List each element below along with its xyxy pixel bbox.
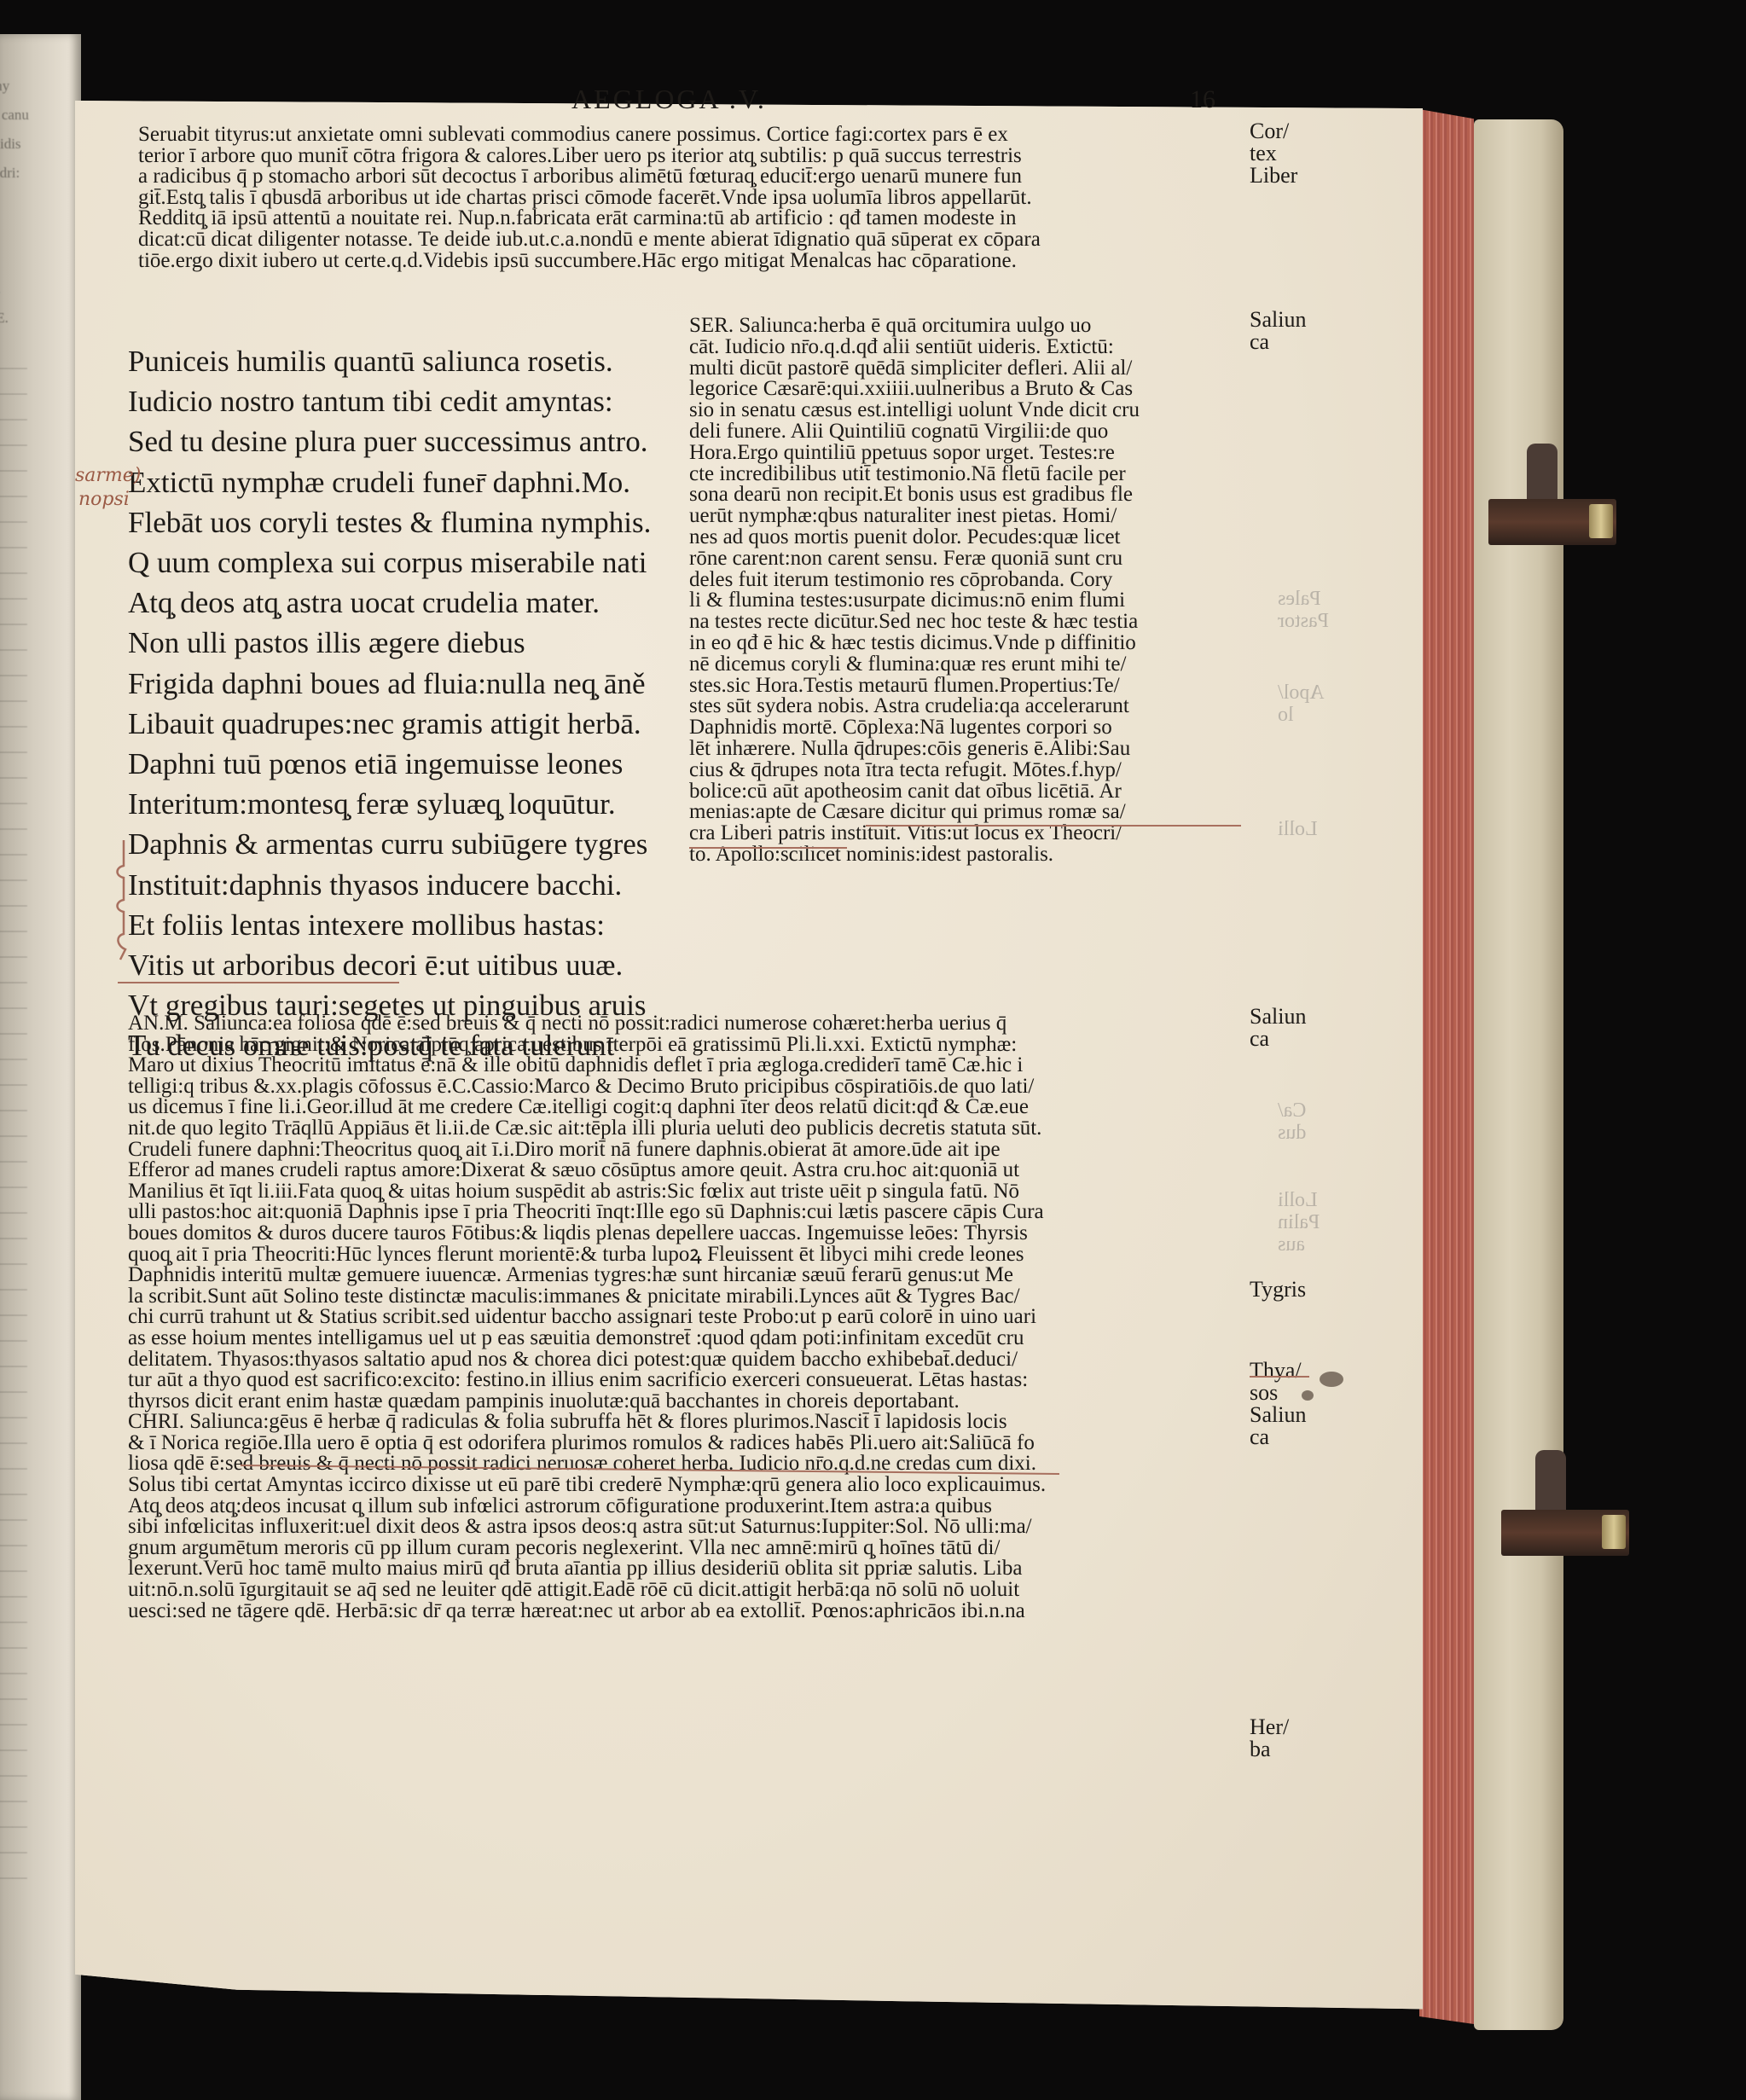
facing-page-blur-line: — —— ——	[0, 1817, 77, 1836]
facing-page-blur-line: — —— ——	[0, 1356, 77, 1375]
clasp-lower	[1501, 1510, 1629, 1556]
facing-page-blur-line: — —— ——	[0, 1100, 77, 1119]
text-line: sibi infœlicitas influxerit:uel dixit de…	[128, 1517, 1046, 1538]
text-line: Interitum:montesq̧ feræ syluæq̧ loquūtur…	[128, 784, 651, 824]
text-line: terior ī arbore quo munit̄ cōtra frigora…	[138, 146, 1247, 167]
red-underline-verse	[118, 982, 399, 983]
facing-page-text-fragment: hædos.	[0, 193, 77, 212]
margin-note: ca	[1250, 1427, 1269, 1447]
verse-text-block: Puniceis humilis quantū saliunca rosetis…	[128, 341, 651, 1066]
facing-page-blur-line: — —— ——	[0, 1152, 77, 1170]
running-title: AEGLOGA .V.	[571, 84, 767, 115]
text-line: Seruabit tityrus:ut anxietate omni suble…	[138, 125, 1247, 146]
facing-page-blur-line: — —— ——	[0, 1535, 77, 1554]
text-line: Flebāt uos coryli testes & flumina nymph…	[128, 502, 651, 542]
facing-page-blur-line: — —— ——	[0, 1331, 77, 1349]
facing-page-blur-line: — —— ——	[0, 716, 77, 735]
text-line: sio in senatu cæsus est.intelligi uolunt…	[689, 400, 1140, 421]
facing-page-text-fragment: olim: ME.	[0, 309, 77, 328]
manuscript-annotation: nopsi	[78, 489, 130, 510]
show-through-margin-note: Lolli	[1278, 1190, 1318, 1210]
text-line: Puniceis humilis quantū saliunca rosetis…	[128, 341, 651, 381]
show-through-margin-note: Apol/	[1278, 682, 1325, 703]
facing-page-blur-line: — —— ——	[0, 921, 77, 940]
margin-note: Saliun	[1250, 1006, 1306, 1027]
manuscript-annotation: sarme)	[75, 465, 141, 486]
facing-page-blur-line: — —— ——	[0, 1740, 77, 1759]
show-through-margin-note: Pastor	[1278, 611, 1329, 631]
text-line: Et foliis lentas intexere mollibus hasta…	[128, 905, 651, 945]
text-line: gnum argumētum meroris cū pp illum curam…	[128, 1538, 1046, 1559]
facing-page-blur-line: — —— ——	[0, 1407, 77, 1426]
red-bracket-mark	[113, 840, 131, 968]
text-line: a radicibus q̄ p stomacho arbori sūt dec…	[138, 166, 1247, 188]
margin-note: Cor/	[1250, 121, 1289, 142]
margin-note: Liber	[1250, 165, 1297, 186]
text-line: rōne carent:non carent sensu. Feræ quoni…	[689, 548, 1140, 570]
text-line: Q uum complexa sui corpus miserabile nat…	[128, 542, 651, 583]
text-line: Atq̧ deos atq̧:deos incusat q̧ illum sub…	[128, 1496, 1046, 1517]
facing-page-blur-line: — —— ——	[0, 1689, 77, 1708]
text-line: Iudicio nostro tantum tibi cedit amyntas…	[128, 381, 651, 421]
text-line: cte incredibilibus utit̄ testimonio.Nā f…	[689, 464, 1140, 485]
text-line: git̄.Estq̧ talis ī qbusdā arboribus ut i…	[138, 188, 1247, 209]
facing-page-blur-line: — —— ——	[0, 1228, 77, 1247]
facing-page-blur-line: — —— ——	[0, 1766, 77, 1784]
facing-page-blur-line: — —— ——	[0, 819, 77, 838]
text-line: Atq̧ deos atq̧ astra uocat crudelia mate…	[128, 583, 651, 623]
text-line: nit.de quo legito Trāqllū Appiāus ēt li.…	[128, 1118, 1046, 1140]
facing-page-blur-line: — —— ——	[0, 409, 77, 428]
full-width-commentary-block: AN.M. Saliunca:ea foliosa qdē ē:sed breu…	[128, 1013, 1046, 1621]
vellum-binding	[1474, 119, 1563, 2030]
text-line: deles fuit iterum testimonio res cōproba…	[689, 570, 1140, 591]
show-through-margin-note: Ca/	[1278, 1100, 1306, 1121]
text-line: uerūt nymphæ:qbus naturaliter inest piet…	[689, 506, 1140, 527]
show-through-margin-note: Palin	[1278, 1212, 1320, 1233]
ink-stain	[1320, 1372, 1343, 1387]
text-line: multi dicūt pastorē quēdā simpliciter de…	[689, 358, 1140, 380]
text-line: thyrsos dicit erant enim hastæ quædam pa…	[128, 1391, 1046, 1413]
facing-page-blur-line: — —— ——	[0, 998, 77, 1017]
facing-page-text-fragment: certat amy	[0, 77, 77, 96]
facing-page-text-fragment: notaui	[0, 251, 77, 270]
facing-left-page: certat amysuperare canuaut phyllidisiurg…	[0, 34, 81, 2100]
red-underline-daphnidis	[689, 847, 847, 849]
text-line: flos.Pānonia hāc gignit:& Norica:alpiūq̧…	[128, 1035, 1046, 1056]
facing-page-blur-line: — —— ——	[0, 512, 77, 531]
commentary-intro-block: Seruabit tityrus:ut anxietate omni suble…	[138, 125, 1247, 271]
text-line: Hora.Ergo quintiliū ppetuus sopor urget.…	[689, 443, 1140, 464]
text-line: li & flumina testes:usurpate dicimus:nō …	[689, 590, 1140, 612]
text-line: nes ad quos mortis puenit dolor. Pecudes…	[689, 527, 1140, 548]
text-line: Daphnis & armentas curru subiūgere tygre…	[128, 824, 651, 864]
facing-page-blur-line: — —— ——	[0, 1791, 77, 1810]
facing-page-blur-line: — —— ——	[0, 691, 77, 710]
text-line: delitatem. Thyasos:thyasos saltatio apud…	[128, 1349, 1046, 1371]
facing-page-blur-line: — —— ——	[0, 972, 77, 991]
text-line: Maro ut dixius Theocritū imitatus ē:nā &…	[128, 1055, 1046, 1076]
text-line: legorice Cæsarē:qui.xxiiii.uulneribus a …	[689, 379, 1140, 400]
facing-page-blur-line: — —— ——	[0, 614, 77, 633]
facing-page-blur-line: — —— ——	[0, 768, 77, 786]
facing-page-blur-line: — —— ——	[0, 461, 77, 479]
text-line: uit:nō.n.solū īgurgitauit se aq̄ sed ne …	[128, 1580, 1046, 1601]
facing-page-blur-line: — —— ——	[0, 665, 77, 684]
text-line: telligi:q tribus &.xx.plagis cōfossus ē.…	[128, 1076, 1046, 1098]
show-through-margin-note: aus	[1278, 1234, 1305, 1255]
text-line: Vitis ut arboribus decori ē:ut uitibus u…	[128, 945, 651, 985]
facing-page-blur-line: — —— ——	[0, 793, 77, 812]
text-line: chi currū trahunt ut & Statius scribit.s…	[128, 1307, 1046, 1328]
show-through-margin-note: Lolli	[1278, 819, 1318, 839]
show-through-margin-note: Pales	[1278, 589, 1321, 609]
text-line: bolice:cū aūt apotheosim canit dat oībus…	[689, 781, 1140, 803]
clasp-lower-metal-tip	[1602, 1515, 1626, 1549]
folio-number: 16	[1190, 85, 1215, 114]
facing-page-text-fragment: aut phyllidis	[0, 135, 77, 154]
facing-page-blur-line: — —— ——	[0, 1126, 77, 1145]
margin-note: sos	[1250, 1383, 1278, 1403]
text-line: Redditq̧ iā ipsū attentū a nouitate rei.…	[138, 208, 1247, 229]
facing-page-blur-line: — —— ——	[0, 1714, 77, 1733]
text-line: uesci:sed ne tāgere qdē. Herbā:sic dr̄ q…	[128, 1601, 1046, 1622]
red-fore-edge	[1419, 109, 1474, 2024]
facing-page-blur-line: — —— ——	[0, 844, 77, 863]
red-underline-astra	[866, 825, 1241, 827]
facing-page-text-fragment: superare canu	[0, 106, 77, 125]
facing-page-blur-line: — —— ——	[0, 640, 77, 658]
text-line: sona dearū non recipit.Et bonis usus est…	[689, 484, 1140, 506]
clasp-upper-metal-tip	[1589, 504, 1613, 538]
facing-page-blur-line: — —— ——	[0, 1177, 77, 1196]
text-line: Non ulli pastos illis ægere diebus	[128, 623, 651, 663]
facing-page-blur-line: — —— ——	[0, 358, 77, 377]
text-line: tur aūt a thyo quod est sacrifico:excito…	[128, 1370, 1046, 1391]
text-line: AN.M. Saliunca:ea foliosa qdē ē:sed breu…	[128, 1013, 1046, 1035]
text-line: Daphnidis interitū multæ gemuere iuuencæ…	[128, 1265, 1046, 1286]
facing-page-blur-line: — —— ——	[0, 1459, 77, 1477]
facing-page-blur-line: — —— ——	[0, 1868, 77, 1887]
text-line: boues domitos & duros ducere tauros Fōti…	[128, 1223, 1046, 1244]
facing-page-blur-line: — —— ——	[0, 870, 77, 889]
text-line: menias:apte de Cæsare dicitur qui primus…	[689, 802, 1140, 823]
margin-note: Her/	[1250, 1717, 1289, 1737]
margin-note: ca	[1250, 332, 1269, 352]
text-line: Efferor ad manes crudeli raptus amore:Di…	[128, 1160, 1046, 1181]
facing-page-blur-line: — —— ——	[0, 1484, 77, 1503]
red-underline-margin	[1250, 1376, 1309, 1378]
facing-page-blur-line: — —— ——	[0, 1842, 77, 1861]
facing-page-blur-line: — —— ——	[0, 947, 77, 966]
facing-page-blur-line: — —— ——	[0, 1279, 77, 1298]
clasp-upper	[1488, 499, 1616, 545]
facing-page-blur-line: — —— ——	[0, 1561, 77, 1580]
text-line: quoq̧ ait ī pria Theocriti:Hūc lynces fl…	[128, 1244, 1046, 1266]
facing-page-blur-line: — —— ——	[0, 1254, 77, 1273]
text-line: Crudeli funere daphni:Theocritus quoq̧ a…	[128, 1140, 1046, 1161]
text-line: & ī Norica regiōe.Illa uero ē optia q̄ e…	[128, 1433, 1046, 1454]
text-line: la scribit.Sunt aūt Solino teste distinc…	[128, 1286, 1046, 1308]
servius-commentary-column: SER. Saliunca:herba ē quā orcitumira uul…	[689, 316, 1140, 866]
facing-page-blur-line: — —— ——	[0, 1203, 77, 1221]
text-line: Manilius ēt īqt li.iii.Fata quoq̧ & uita…	[128, 1181, 1046, 1203]
facing-page-text-fragment: amyntas.	[0, 280, 77, 299]
text-line: lēt inhærere. Nulla q̄drupes:cōis generi…	[689, 739, 1140, 760]
text-line: Extictū nymphæ crudeli funer̄ daphni.Mo.	[128, 462, 651, 502]
text-line: stes.sic Hora.Testis metaurū flumen.Prop…	[689, 676, 1140, 697]
text-line: lexerunt.Verū hoc tamē multo maius mirū …	[128, 1558, 1046, 1580]
show-through-margin-note: dus	[1278, 1123, 1306, 1143]
facing-page-blur-line: — —— ——	[0, 384, 77, 403]
text-line: dicat:cū dicat diligenter notasse. Te de…	[138, 229, 1247, 251]
text-line: ulli pastos:hoc ait:quoniā Daphnis ipse …	[128, 1202, 1046, 1223]
text-line: Sed tu desine plura puer successimus ant…	[128, 421, 651, 461]
facing-page-blur-line: — —— ——	[0, 742, 77, 761]
facing-page-text-fragment: fagi M.	[0, 222, 77, 241]
facing-page-blur-line: — —— ——	[0, 1305, 77, 1324]
facing-page-blur-line: — —— ——	[0, 1587, 77, 1605]
facing-page-blur-line: — —— ——	[0, 1075, 77, 1094]
facing-page-blur-line: — —— ——	[0, 1638, 77, 1656]
margin-note: ba	[1250, 1739, 1271, 1760]
text-line: us dicemus ī fine li.i.Geor.illud āt me …	[128, 1097, 1046, 1118]
text-line: cāt. Iudicio nr̄o.q.d.qđ alii sentiūt ui…	[689, 337, 1140, 358]
text-line: nē dicemus coryli & flumina:quæ res erun…	[689, 654, 1140, 676]
text-line: as esse hoium mentes intelligamus uel ut…	[128, 1328, 1046, 1349]
facing-page-blur-line: — —— ——	[0, 1024, 77, 1042]
text-line: Solus tibi certat Amyntas iccirco dixiss…	[128, 1475, 1046, 1496]
margin-note: Tygris	[1250, 1279, 1306, 1300]
facing-page-blur-line: — —— ——	[0, 1049, 77, 1068]
text-line: tiōe.ergo dixit iubero ut certe.q.d.Vide…	[138, 251, 1247, 272]
margin-note: Thya/	[1250, 1360, 1302, 1381]
facing-page-blur-line: — —— ——	[0, 1510, 77, 1529]
text-line: deli funere. Alii Quintiliū cognatū Virg…	[689, 421, 1140, 443]
margin-note: tex	[1250, 143, 1277, 164]
facing-page-blur-line: — —— ——	[0, 486, 77, 505]
show-through-margin-note: lo	[1278, 705, 1294, 725]
margin-note: ca	[1250, 1029, 1269, 1049]
margin-note: Saliun	[1250, 1405, 1306, 1425]
facing-page-blur-line: — —— ——	[0, 896, 77, 914]
facing-page-blur-line: — —— ——	[0, 563, 77, 582]
text-line: Instituit:daphnis thyasos inducere bacch…	[128, 865, 651, 905]
text-line: in eo qđ ē hic & hæc testis dicimus.Vnde…	[689, 633, 1140, 654]
margin-note: Saliun	[1250, 310, 1306, 330]
text-line: Daphnidis mortē. Cōplexa:Nā lugentes cor…	[689, 717, 1140, 739]
facing-page-blur-line: — —— ——	[0, 1612, 77, 1631]
facing-page-blur-line: — —— ——	[0, 1382, 77, 1401]
facing-page-text-fragment: iurgia codri:	[0, 164, 77, 183]
text-line: stes sūt sydera nobis. Astra crudelia:qa…	[689, 696, 1140, 717]
facing-page-blur-line: — —— ——	[0, 537, 77, 556]
text-line: CHRI. Saliunca:gēus ē herbæ q̄ radiculas…	[128, 1412, 1046, 1433]
text-line: Frigida daphni boues ad fluia:nulla neq̧…	[128, 664, 651, 704]
facing-page-blur-line: — —— ——	[0, 589, 77, 607]
ink-stain	[1302, 1390, 1314, 1401]
facing-page-blur-line: — —— ——	[0, 1433, 77, 1452]
text-line: na testes recte dicūtur.Sed nec hoc test…	[689, 612, 1140, 633]
facing-page-blur-line: — —— ——	[0, 1663, 77, 1682]
text-line: SER. Saliunca:herba ē quā orcitumira uul…	[689, 316, 1140, 337]
facing-page-blur-line: — —— ——	[0, 435, 77, 454]
text-line: cius & q̄drupes nota ītra tecta refugit.…	[689, 760, 1140, 781]
text-line: Daphni tuū pœnos etiā ingemuisse leones	[128, 744, 651, 784]
text-line: Libauit quadrupes:nec gramis attigit her…	[128, 704, 651, 744]
